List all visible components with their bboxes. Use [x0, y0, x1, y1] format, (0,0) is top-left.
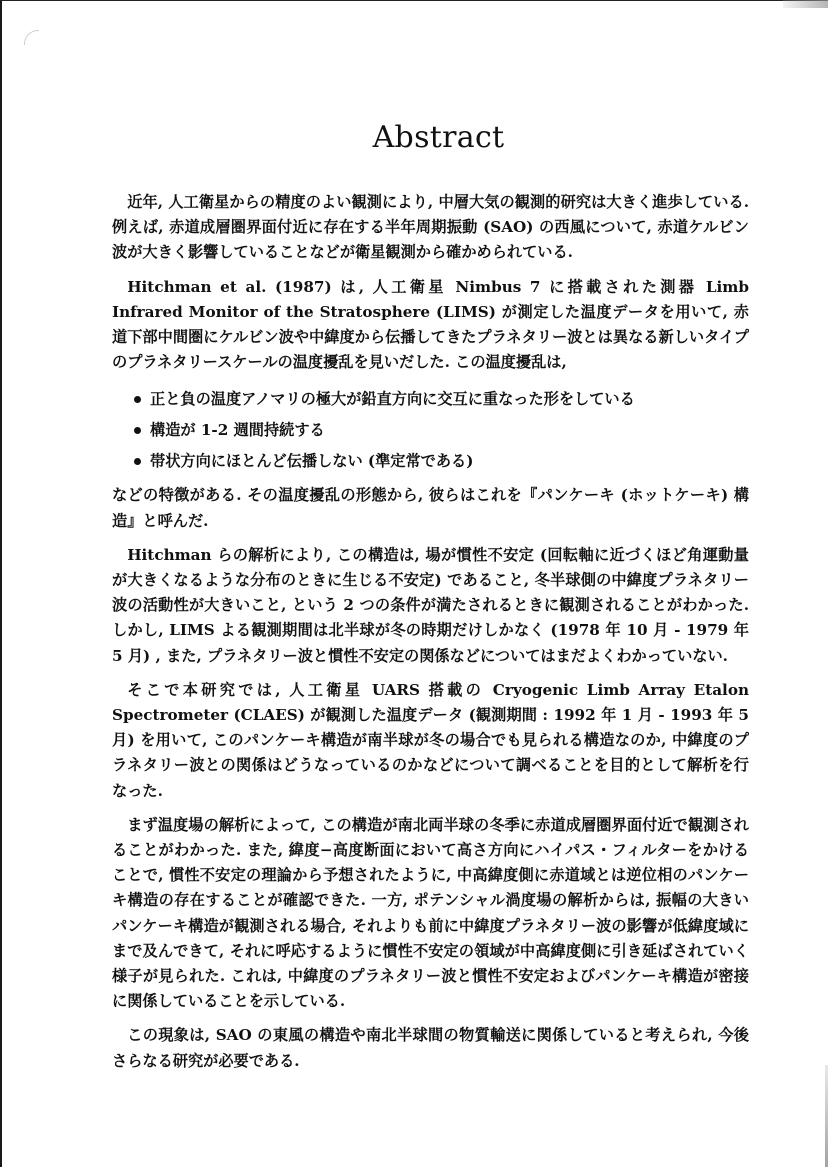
feature-text: 正と負の温度アノマリの極大が鉛直方向に交互に重なった形をしている: [150, 390, 635, 408]
bullet-icon: [134, 458, 141, 465]
paragraph-hitchman-analysis: Hitchman らの解析により, この構造は, 場が慣性不安定 (回転軸に近づ…: [112, 543, 749, 669]
feature-text: 構造が 1-2 週間持続する: [150, 421, 325, 439]
paragraph-intro: 近年, 人工衛星からの精度のよい観測により, 中層大気の観測的研究は大きく進歩し…: [112, 190, 749, 266]
feature-text: 帯状方向にほとんど伝播しない (準定常である): [150, 452, 473, 470]
feature-list-item: 構造が 1-2 週間持続する: [134, 415, 749, 446]
paragraph-this-study: そこで本研究では, 人工衛星 UARS 搭載の Cryogenic Limb A…: [112, 678, 749, 804]
scan-edge-top: [0, 0, 828, 1]
abstract-body: 近年, 人工衛星からの精度のよい観測により, 中層大気の観測的研究は大きく進歩し…: [112, 190, 749, 1074]
paragraph-hitchman-1987: Hitchman et al. (1987) は, 人工衛星 Nimbus 7 …: [112, 275, 749, 376]
feature-list: 正と負の温度アノマリの極大が鉛直方向に交互に重なった形をしている 構造が 1-2…: [112, 384, 749, 477]
abstract-page: Abstract 近年, 人工衛星からの精度のよい観測により, 中層大気の観測的…: [112, 118, 749, 1083]
paragraph-pancake-naming: などの特徴がある. その温度擾乱の形態から, 彼らはこれを『パンケーキ (ホット…: [112, 483, 749, 533]
abstract-title: Abstract: [128, 118, 749, 162]
paragraph-results: まず温度場の解析によって, この構造が南北両半球の冬季に赤道成層圏界面付近で観測…: [112, 813, 749, 1015]
feature-list-item: 正と負の温度アノマリの極大が鉛直方向に交互に重なった形をしている: [134, 384, 749, 415]
paragraph-conclusion: この現象は, SAO の東風の構造や南北半球間の物質輸送に関係していると考えられ…: [112, 1023, 749, 1073]
scan-shadow-top-right: [783, 0, 828, 8]
scan-edge-left: [0, 0, 2, 1167]
bullet-icon: [134, 396, 141, 403]
feature-list-item: 帯状方向にほとんど伝播しない (準定常である): [134, 446, 749, 477]
scan-corner-mark: [24, 30, 39, 45]
bullet-icon: [134, 427, 141, 434]
